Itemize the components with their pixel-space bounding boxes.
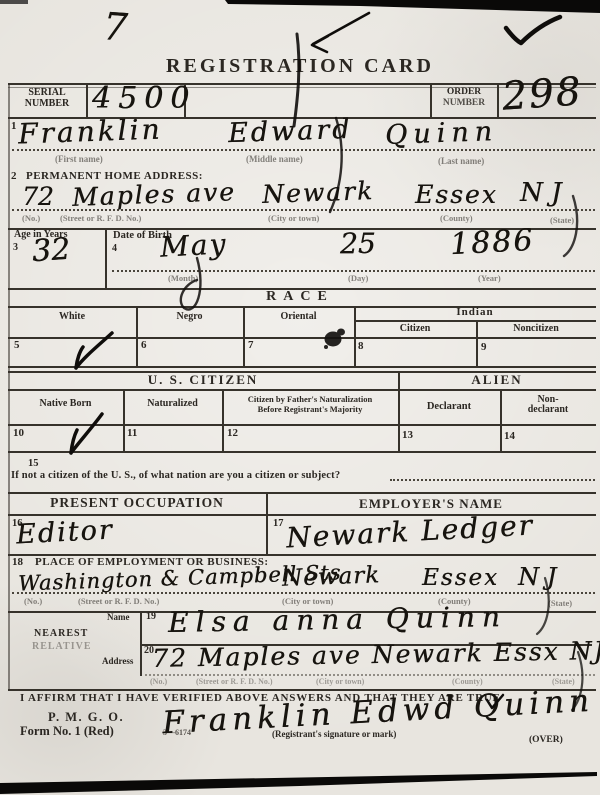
order-number-label-line2: NUMBER	[432, 99, 496, 109]
field-number-18: 18	[12, 557, 23, 569]
review-checkmark-top-right	[506, 17, 560, 43]
dotted-line-relative	[140, 674, 595, 676]
race-box-5-number: 5	[14, 340, 20, 352]
citizen-box-10-number: 10	[13, 428, 24, 440]
relative-label-county: (County)	[452, 678, 483, 686]
relative-divider	[140, 611, 142, 676]
race-label-indian-citizen: Citizen	[354, 324, 476, 335]
age-value: 32	[31, 235, 71, 268]
citizen-box-12-number: 12	[227, 428, 238, 440]
nearest-relative-label-line2: RELATIVE	[32, 642, 92, 653]
form-rule	[8, 389, 596, 391]
citizen-box-11-number: 11	[127, 428, 137, 440]
employment-label-no: (No.)	[24, 597, 42, 606]
home-address-label-state: (State)	[550, 216, 574, 225]
race-box-8-number: 8	[358, 341, 364, 353]
home-address-street: Maples ave	[72, 179, 237, 210]
ink-blot	[324, 329, 345, 350]
citizen-label-father-line2: Before Registrant's Majority	[222, 405, 398, 414]
occupation-value: Editor	[15, 516, 114, 548]
citizen-table-bottom-rule	[8, 451, 596, 453]
middle-name-label: (Middle name)	[246, 155, 303, 164]
home-address-county: Essex	[415, 182, 498, 207]
citizen-box-14-number: 14	[504, 431, 515, 443]
citizen-box-13-number: 13	[402, 430, 413, 442]
form-rule	[8, 424, 596, 426]
serial-box-divider	[86, 84, 88, 117]
home-address-city: Newark	[262, 178, 375, 207]
first-name-value: Franklin	[18, 115, 163, 148]
us-citizen-header: U. S. CITIZEN	[8, 373, 398, 387]
dob-year-label: (Year)	[478, 274, 501, 283]
dob-year-value: 1886	[449, 226, 535, 260]
home-address-state: N J	[520, 180, 561, 206]
over-label: (OVER)	[529, 736, 563, 746]
arrow-annotation	[312, 13, 369, 52]
race-section-header: RACE	[0, 290, 600, 305]
first-name-label: (First name)	[55, 155, 103, 164]
relative-label-city: (City or town)	[316, 678, 364, 686]
indian-split-rule	[354, 320, 596, 322]
footer-org: P. M. G. O.	[48, 711, 124, 724]
scan-bar-top	[225, 0, 600, 13]
home-address-no: 72	[22, 184, 54, 209]
last-name-label: (Last name)	[438, 157, 484, 166]
citizen-label-father-line1: Citizen by Father's Naturalization	[222, 395, 398, 404]
field-number-2: 2	[11, 171, 17, 183]
relative-name-label: Name	[107, 613, 130, 622]
relative-address-label: Address	[102, 657, 133, 666]
field-number-3: 3	[13, 243, 18, 254]
employer-value: Newark Ledger	[285, 512, 534, 553]
race-label-indian: Indian	[354, 307, 596, 319]
race-box-7-number: 7	[248, 340, 254, 352]
dob-day-label: (Day)	[348, 274, 368, 283]
race-label-negro: Negro	[136, 312, 243, 323]
relative-name-value: Elsa anna Quinn	[168, 603, 507, 637]
dob-day-value: 25	[340, 230, 376, 258]
alien-label-nondeclarant-line2: declarant	[500, 405, 596, 416]
native-born-checkmark	[71, 414, 102, 453]
footer-form-number: Form No. 1 (Red)	[20, 725, 114, 738]
stray-pen-mark: 7	[102, 7, 129, 47]
middle-name-value: Edward	[228, 116, 353, 147]
race-label-indian-noncitizen: Noncitizen	[476, 324, 596, 335]
registration-card: 7 REGISTRATION CARD SERIAL NUMBER 4500 O…	[0, 0, 600, 795]
field-number-17: 17	[273, 518, 284, 529]
race-box-6-number: 6	[141, 340, 147, 352]
field-number-15: 15	[28, 458, 39, 469]
employment-label-street: (Street or R. F. D. No.)	[78, 597, 159, 606]
pen-stroke-vertical	[294, 34, 299, 126]
citizen-label-native-born: Native Born	[8, 399, 123, 410]
scan-smudge-top-left	[0, 0, 28, 4]
form-rule	[8, 337, 596, 339]
employment-county: Essex	[422, 567, 499, 590]
signature-label: (Registrant's signature or mark)	[272, 730, 396, 739]
alien-header: ALIEN	[398, 373, 596, 387]
employment-label-state: (State)	[548, 599, 572, 608]
home-address-label-county: (County)	[440, 214, 473, 223]
last-name-value: Quinn	[385, 118, 499, 149]
nearest-relative-label-line1: NEAREST	[34, 629, 88, 640]
home-address-label-no: (No.)	[22, 214, 40, 223]
age-dob-divider	[105, 228, 107, 288]
form-rule	[8, 492, 596, 494]
serial-number-label-line1: SERIAL	[10, 88, 84, 99]
pen-tail-state-row2	[564, 196, 577, 256]
order-number-label-line1: ORDER	[432, 88, 496, 98]
question-15-text: If not a citizen of the U. S., of what n…	[11, 470, 340, 481]
field-number-19: 19	[146, 612, 156, 623]
dotted-line-q15	[390, 479, 595, 481]
dob-month-label: (Month)	[168, 274, 198, 283]
race-label-oriental: Oriental	[243, 312, 354, 323]
dob-month-value: May	[159, 230, 228, 261]
field-number-4: 4	[112, 244, 117, 255]
dotted-line-birth	[112, 270, 595, 272]
race-label-white: White	[8, 312, 136, 323]
relative-address-value: 72 Maples ave Newark Essx NJ	[152, 638, 600, 671]
relative-label-street: (Street or R. F. D. No.)	[196, 678, 273, 686]
alien-label-declarant: Declarant	[398, 401, 500, 412]
employment-city: Newark	[282, 564, 381, 590]
serial-number-label-line2: NUMBER	[10, 99, 84, 110]
field-number-1: 1	[11, 121, 17, 133]
employer-header: EMPLOYER'S NAME	[266, 497, 596, 511]
employment-state: N J	[518, 565, 556, 589]
home-address-label-street: (Street or R. F. D. No.)	[60, 214, 141, 223]
order-number-value: 298	[501, 72, 584, 117]
home-address-label-city: (City or town)	[268, 214, 319, 223]
order-box-divider	[497, 84, 499, 117]
race-box-9-number: 9	[481, 342, 487, 354]
serial-number-value: 4500	[92, 84, 196, 114]
dotted-line-name	[12, 149, 595, 151]
race-table-bottom-rule	[8, 366, 596, 368]
relative-label-no: (No.)	[150, 678, 167, 686]
citizen-label-naturalized: Naturalized	[123, 399, 222, 410]
occupation-header: PRESENT OCCUPATION	[8, 496, 266, 510]
scan-bar-bottom	[0, 772, 597, 794]
